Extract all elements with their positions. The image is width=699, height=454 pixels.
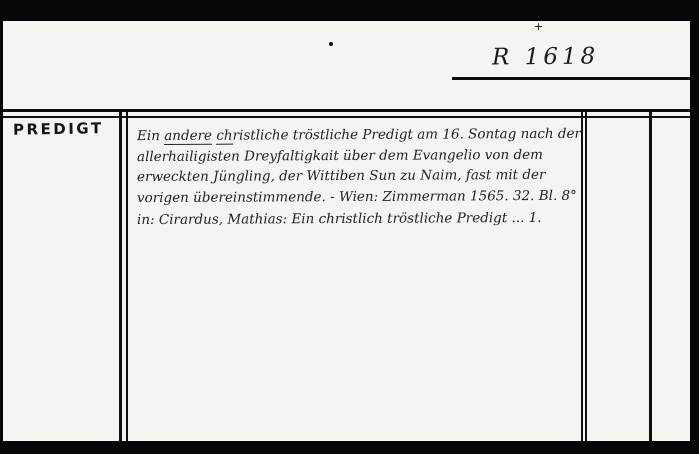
entry-line-3: erweckten Jüngling, der Wittiben Sun zu … [137,167,546,185]
left-column-rule-a [119,109,122,441]
subject-heading: PREDIGT [13,119,104,139]
scan-border-left [0,0,3,454]
call-number-underline [452,77,692,80]
far-right-column-rule [649,111,652,441]
scan-border-top [0,0,699,21]
scanned-catalog-card: + R 1618 PREDIGT Ein andere christliche … [0,0,699,454]
scan-border-bottom [0,441,699,454]
entry-line-2: allerhailigisten Dreyfaltigkait über dem… [137,147,543,165]
scan-speck-plus: + [534,20,543,33]
entry-line-1-rest: ristliche tröstliche Predigt am 16. Sont… [233,126,582,144]
scan-border-right [690,0,699,454]
horizontal-rule-bottom [0,116,692,118]
right-column-rule-b [585,111,587,441]
entry-line-1: Ein andere christliche tröstliche Predig… [137,126,581,144]
entry-line-1-underlined-ch: ch [216,128,232,145]
entry-line-1-underlined-word: andere [164,128,212,145]
right-column-rule-a [581,111,583,441]
entry-line-1-seg1: Ein [137,128,164,144]
horizontal-rule-top [0,109,692,112]
left-column-rule-b [126,109,128,441]
entry-line-4: vorigen übereinstimmende. - Wien: Zimmer… [137,188,577,206]
entry-line-5: in: Cirardus, Mathias: Ein christlich tr… [137,210,542,228]
call-number: R 1618 [492,43,599,70]
scan-speck-dot [329,42,333,46]
